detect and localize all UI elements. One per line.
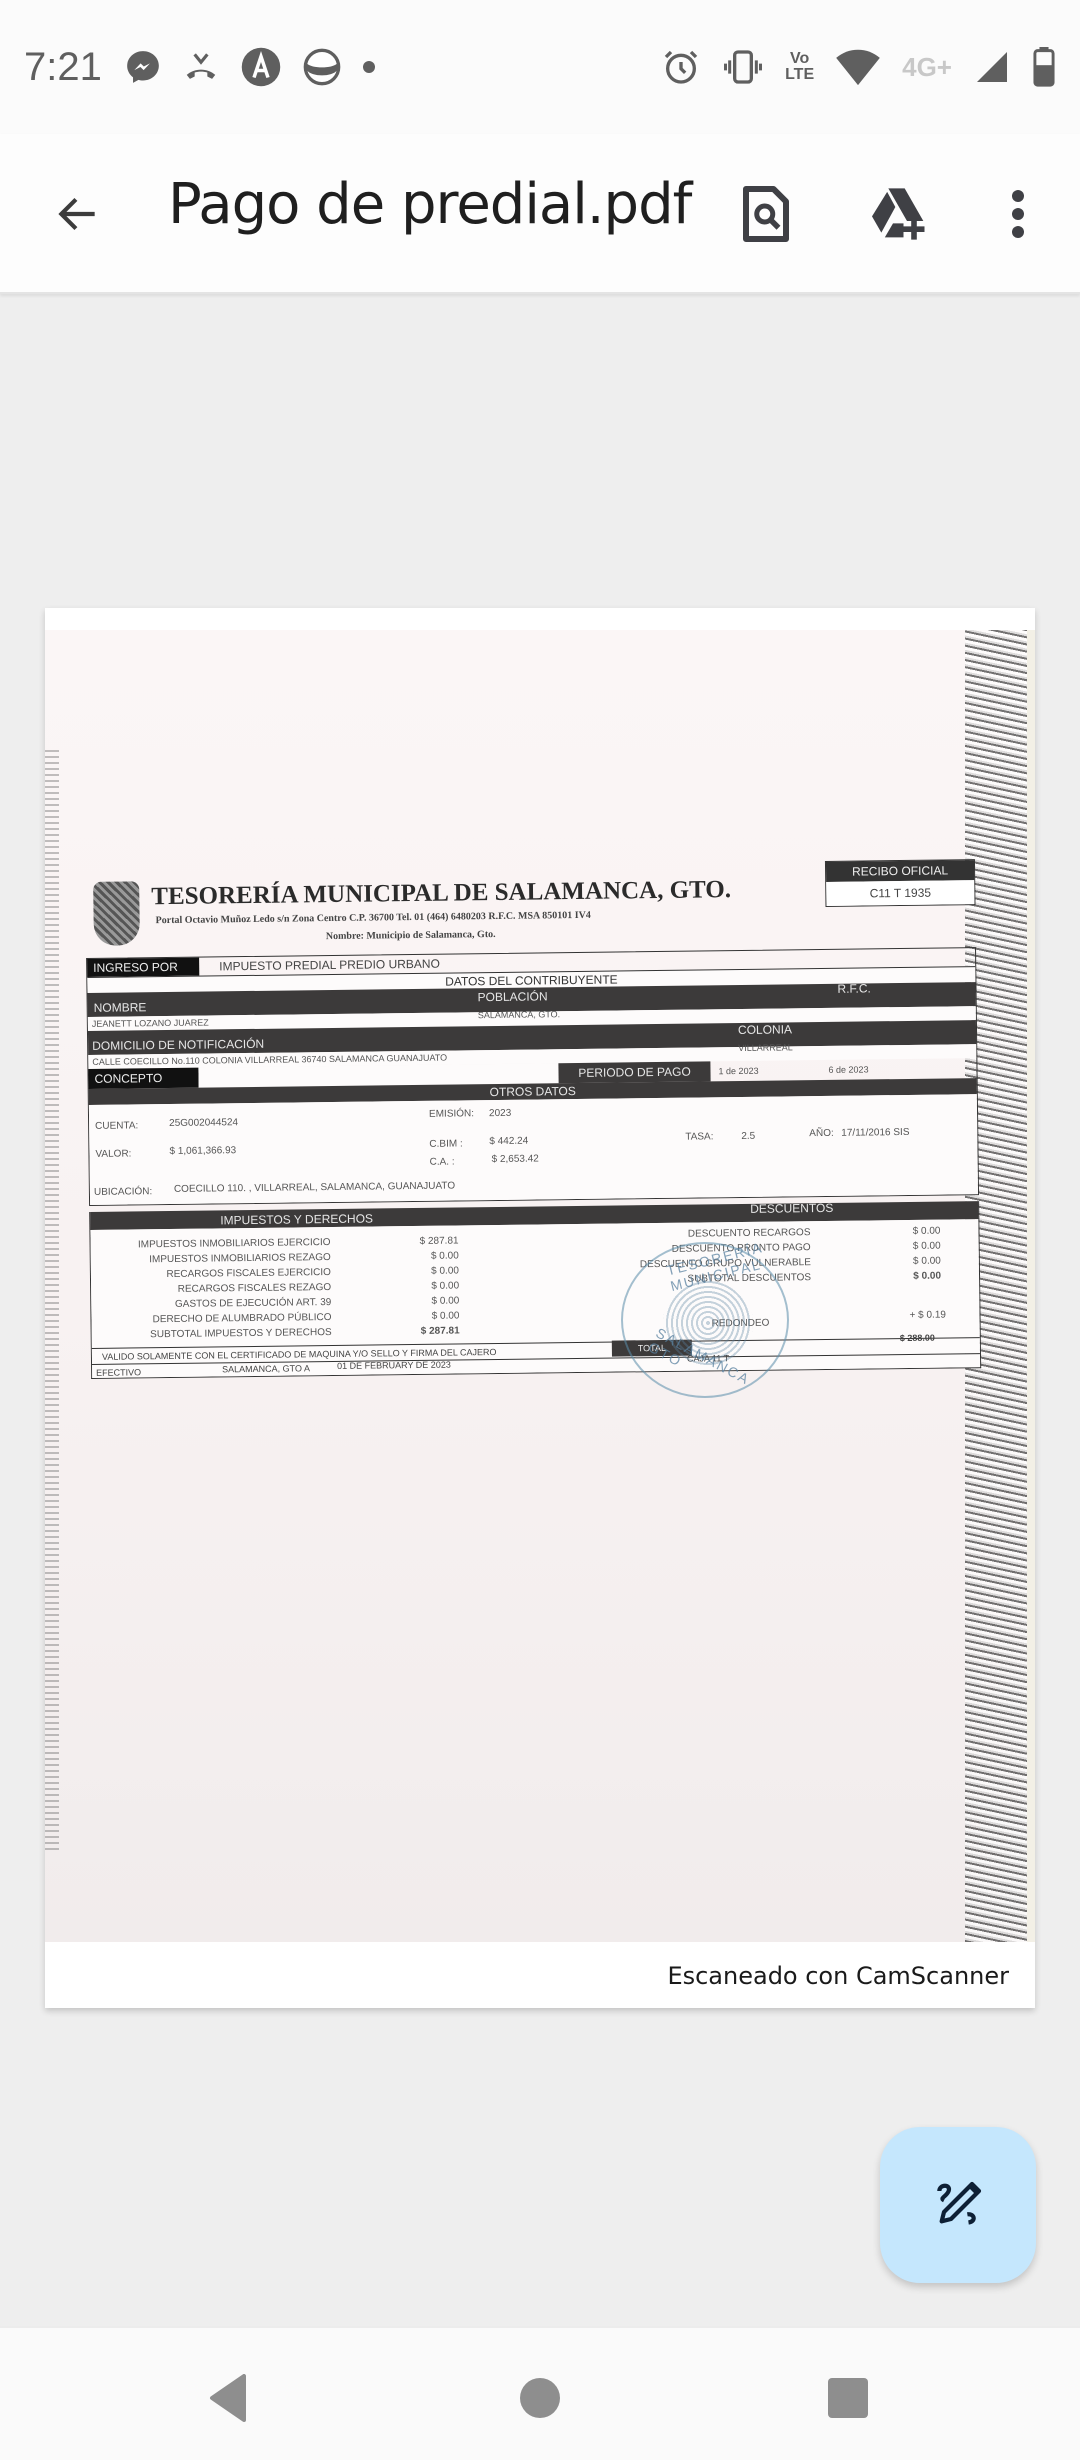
periodo-to: 6 de 2023 — [828, 1064, 868, 1074]
fecha: 01 DE FEBRUARY DE 2023 — [337, 1360, 451, 1371]
discount-subtotal-value: $ 0.00 — [811, 1271, 941, 1284]
tasa-value: 2.5 — [741, 1131, 755, 1142]
emision-label: EMISIÓN: — [429, 1108, 474, 1120]
receipt-issuer-address: Portal Octavio Muñoz Ledo s/n Zona Centr… — [156, 910, 591, 926]
4g-plus-icon: 4G+ — [902, 52, 952, 83]
volte-label-top: Vo — [790, 50, 809, 67]
tax-subtotal-name: SUBTOTAL IMPUESTOS Y DERECHOS — [92, 1327, 332, 1341]
receipt-issuer-title: TESORERÍA MUNICIPAL DE SALAMANCA, GTO. — [151, 876, 731, 911]
ca-value: $ 2,653.42 — [492, 1153, 539, 1165]
volte-label-bottom: LTE — [785, 66, 814, 83]
colonia-value: VILLARREAL — [738, 1042, 793, 1053]
charges-body: IMPUESTOS INMOBILIARIOS EJERCICIO$ 287.8… — [90, 1219, 979, 1348]
ubicacion-value: COECILLO 110. , VILLARREAL, SALAMANCA, G… — [174, 1181, 455, 1195]
app-bar: Pago de predial.pdf — [0, 134, 1080, 294]
messenger-icon — [124, 48, 162, 86]
scanned-receipt-image: TESORERÍA MUNICIPAL DE SALAMANCA, GTO. P… — [45, 630, 1035, 1942]
receipt-header: TESORERÍA MUNICIPAL DE SALAMANCA, GTO. P… — [85, 859, 976, 956]
system-navigation-bar — [0, 2326, 1080, 2460]
tax-subtotal-value: $ 287.81 — [332, 1325, 460, 1338]
alarm-icon — [661, 47, 701, 87]
nombre-label: NOMBRE — [94, 1000, 147, 1015]
nav-home-button[interactable] — [510, 2368, 570, 2428]
cbim-value: $ 442.24 — [489, 1136, 528, 1147]
datos-contribuyente-label: DATOS DEL CONTRIBUYENTE — [445, 972, 618, 988]
battery-icon — [1032, 47, 1056, 87]
tax-name: RECARGOS FISCALES REZAGO — [91, 1282, 331, 1296]
tax-name: IMPUESTOS INMOBILIARIOS EJERCICIO — [91, 1237, 331, 1251]
ano-label: AÑO: — [809, 1128, 834, 1139]
tax-name: RECARGOS FISCALES EJERCICIO — [91, 1267, 331, 1281]
poblacion-value: SALAMANCA, GTO. — [478, 1009, 560, 1020]
cbim-label: C.BIM : — [429, 1138, 462, 1149]
tax-value: $ 0.00 — [331, 1310, 459, 1323]
rfc-label: R.F.C. — [837, 981, 871, 995]
official-stamp: TESORERÍA MUNICIPAL SALAMANCA GTO — [621, 1242, 789, 1398]
nav-back-button[interactable] — [198, 2368, 258, 2428]
total-value: $ 288.00 — [900, 1333, 935, 1343]
charges-section: IMPUESTOS Y DERECHOS DESCUENTOS IMPUESTO… — [89, 1201, 981, 1379]
scan-edge-strip — [1027, 630, 1035, 1942]
valor-label: VALOR: — [95, 1148, 131, 1159]
redondeo-value: + $ 0.19 — [909, 1310, 946, 1321]
periodo-from: 1 de 2023 — [718, 1065, 828, 1076]
recibo-oficial-box: RECIBO OFICIAL C11 T 1935 — [825, 859, 976, 907]
tax-value: $ 0.00 — [331, 1280, 459, 1293]
arrow-back-icon — [53, 189, 103, 239]
wifi-icon — [836, 47, 880, 87]
concepto-label: CONCEPTO — [88, 1068, 198, 1089]
receipt-issuer-name: Nombre: Municipio de Salamanca, Gto. — [326, 929, 496, 942]
find-in-document-icon — [740, 184, 792, 244]
forma-pago: EFECTIVO — [96, 1367, 141, 1378]
tax-value: $ 0.00 — [331, 1265, 459, 1278]
ingreso-por-value: IMPUESTO PREDIAL PREDIO URBANO — [199, 957, 440, 974]
domicilio-label: DOMICILIO DE NOTIFICACIÓN — [92, 1037, 264, 1053]
pdf-page[interactable]: TESORERÍA MUNICIPAL DE SALAMANCA, GTO. P… — [45, 608, 1035, 2008]
annotate-pen-icon — [930, 2177, 986, 2233]
signal-icon — [974, 49, 1010, 85]
nav-recents-button[interactable] — [818, 2368, 878, 2428]
more-options-button[interactable] — [982, 178, 1054, 250]
status-bar: 7:21 VoLTE 4G+ — [0, 0, 1080, 134]
otros-datos-label: OTROS DATOS — [490, 1084, 576, 1099]
tax-subtotal-row: SUBTOTAL IMPUESTOS Y DERECHOS$ 287.81 — [92, 1323, 460, 1342]
missed-call-icon — [182, 48, 220, 86]
back-triangle-icon — [208, 2374, 248, 2422]
recibo-number: C11 T 1935 — [826, 880, 974, 906]
cuenta-label: CUENTA: — [95, 1120, 138, 1132]
status-time: 7:21 — [24, 45, 102, 90]
tax-value: $ 287.81 — [331, 1235, 459, 1248]
poblacion-label: POBLACIÓN — [477, 989, 547, 1004]
document-title: Pago de predial.pdf — [168, 172, 691, 237]
receipt: TESORERÍA MUNICIPAL DE SALAMANCA, GTO. P… — [85, 859, 981, 1379]
vibrate-icon — [723, 47, 763, 87]
avast-icon — [240, 46, 282, 88]
add-to-drive-button[interactable] — [864, 178, 936, 250]
impuestos-label: IMPUESTOS Y DERECHOS — [220, 1212, 373, 1228]
otros-datos-body: CUENTA: 25G002044524 VALOR: $ 1,061,366.… — [89, 1094, 978, 1205]
recents-square-icon — [826, 2376, 870, 2420]
discount-value: $ 0.00 — [811, 1256, 941, 1269]
scan-edge-shadow-left — [45, 750, 59, 1850]
find-in-document-button[interactable] — [730, 178, 802, 250]
valor-value: $ 1,061,366.93 — [169, 1145, 236, 1157]
tasa-label: TASA: — [685, 1131, 713, 1142]
emision-value: 2023 — [489, 1108, 511, 1119]
recibo-label: RECIBO OFICIAL — [826, 860, 974, 882]
impuestos-list: IMPUESTOS INMOBILIARIOS EJERCICIO$ 287.8… — [90, 1233, 459, 1342]
descuentos-label: DESCUENTOS — [750, 1201, 833, 1216]
camscanner-footer: Escaneado con CamScanner — [667, 1962, 1009, 1990]
discount-value: $ 0.00 — [811, 1241, 941, 1254]
home-circle-icon — [519, 2377, 561, 2419]
nombre-value: JEANETT LOZANO JUAREZ — [92, 1018, 209, 1029]
tax-value: $ 0.00 — [331, 1250, 459, 1263]
annotate-fab-button[interactable] — [880, 2127, 1036, 2283]
discount-value: $ 0.00 — [810, 1226, 940, 1239]
lugar-prefix: SALAMANCA, GTO A — [222, 1363, 310, 1374]
tax-name: GASTOS DE EJECUCIÓN ART. 39 — [91, 1297, 331, 1311]
app-notification-icon — [302, 47, 342, 87]
volte-icon: VoLTE — [785, 51, 814, 83]
cuenta-value: 25G002044524 — [169, 1117, 238, 1129]
tax-value: $ 0.00 — [331, 1295, 459, 1308]
more-options-icon — [1010, 188, 1026, 240]
colonia-label: COLONIA — [738, 1022, 792, 1037]
back-button[interactable] — [48, 184, 108, 244]
ca-label: C.A. : — [430, 1157, 455, 1168]
periodo-label: PERIODO DE PAGO — [558, 1061, 710, 1083]
ano-value: 17/11/2016 SIS — [841, 1127, 909, 1139]
tax-name: DERECHO DE ALUMBRADO PÚBLICO — [91, 1312, 331, 1326]
more-notifications-dot-icon — [362, 60, 376, 74]
taxpayer-section: INGRESO POR IMPUESTO PREDIAL PREDIO URBA… — [86, 947, 979, 1206]
ubicacion-label: UBICACIÓN: — [94, 1186, 152, 1198]
municipal-crest-icon — [93, 881, 140, 946]
ingreso-por-label: INGRESO POR — [87, 958, 199, 977]
tax-name: IMPUESTOS INMOBILIARIOS REZAGO — [91, 1252, 331, 1266]
add-to-drive-icon — [869, 186, 931, 242]
